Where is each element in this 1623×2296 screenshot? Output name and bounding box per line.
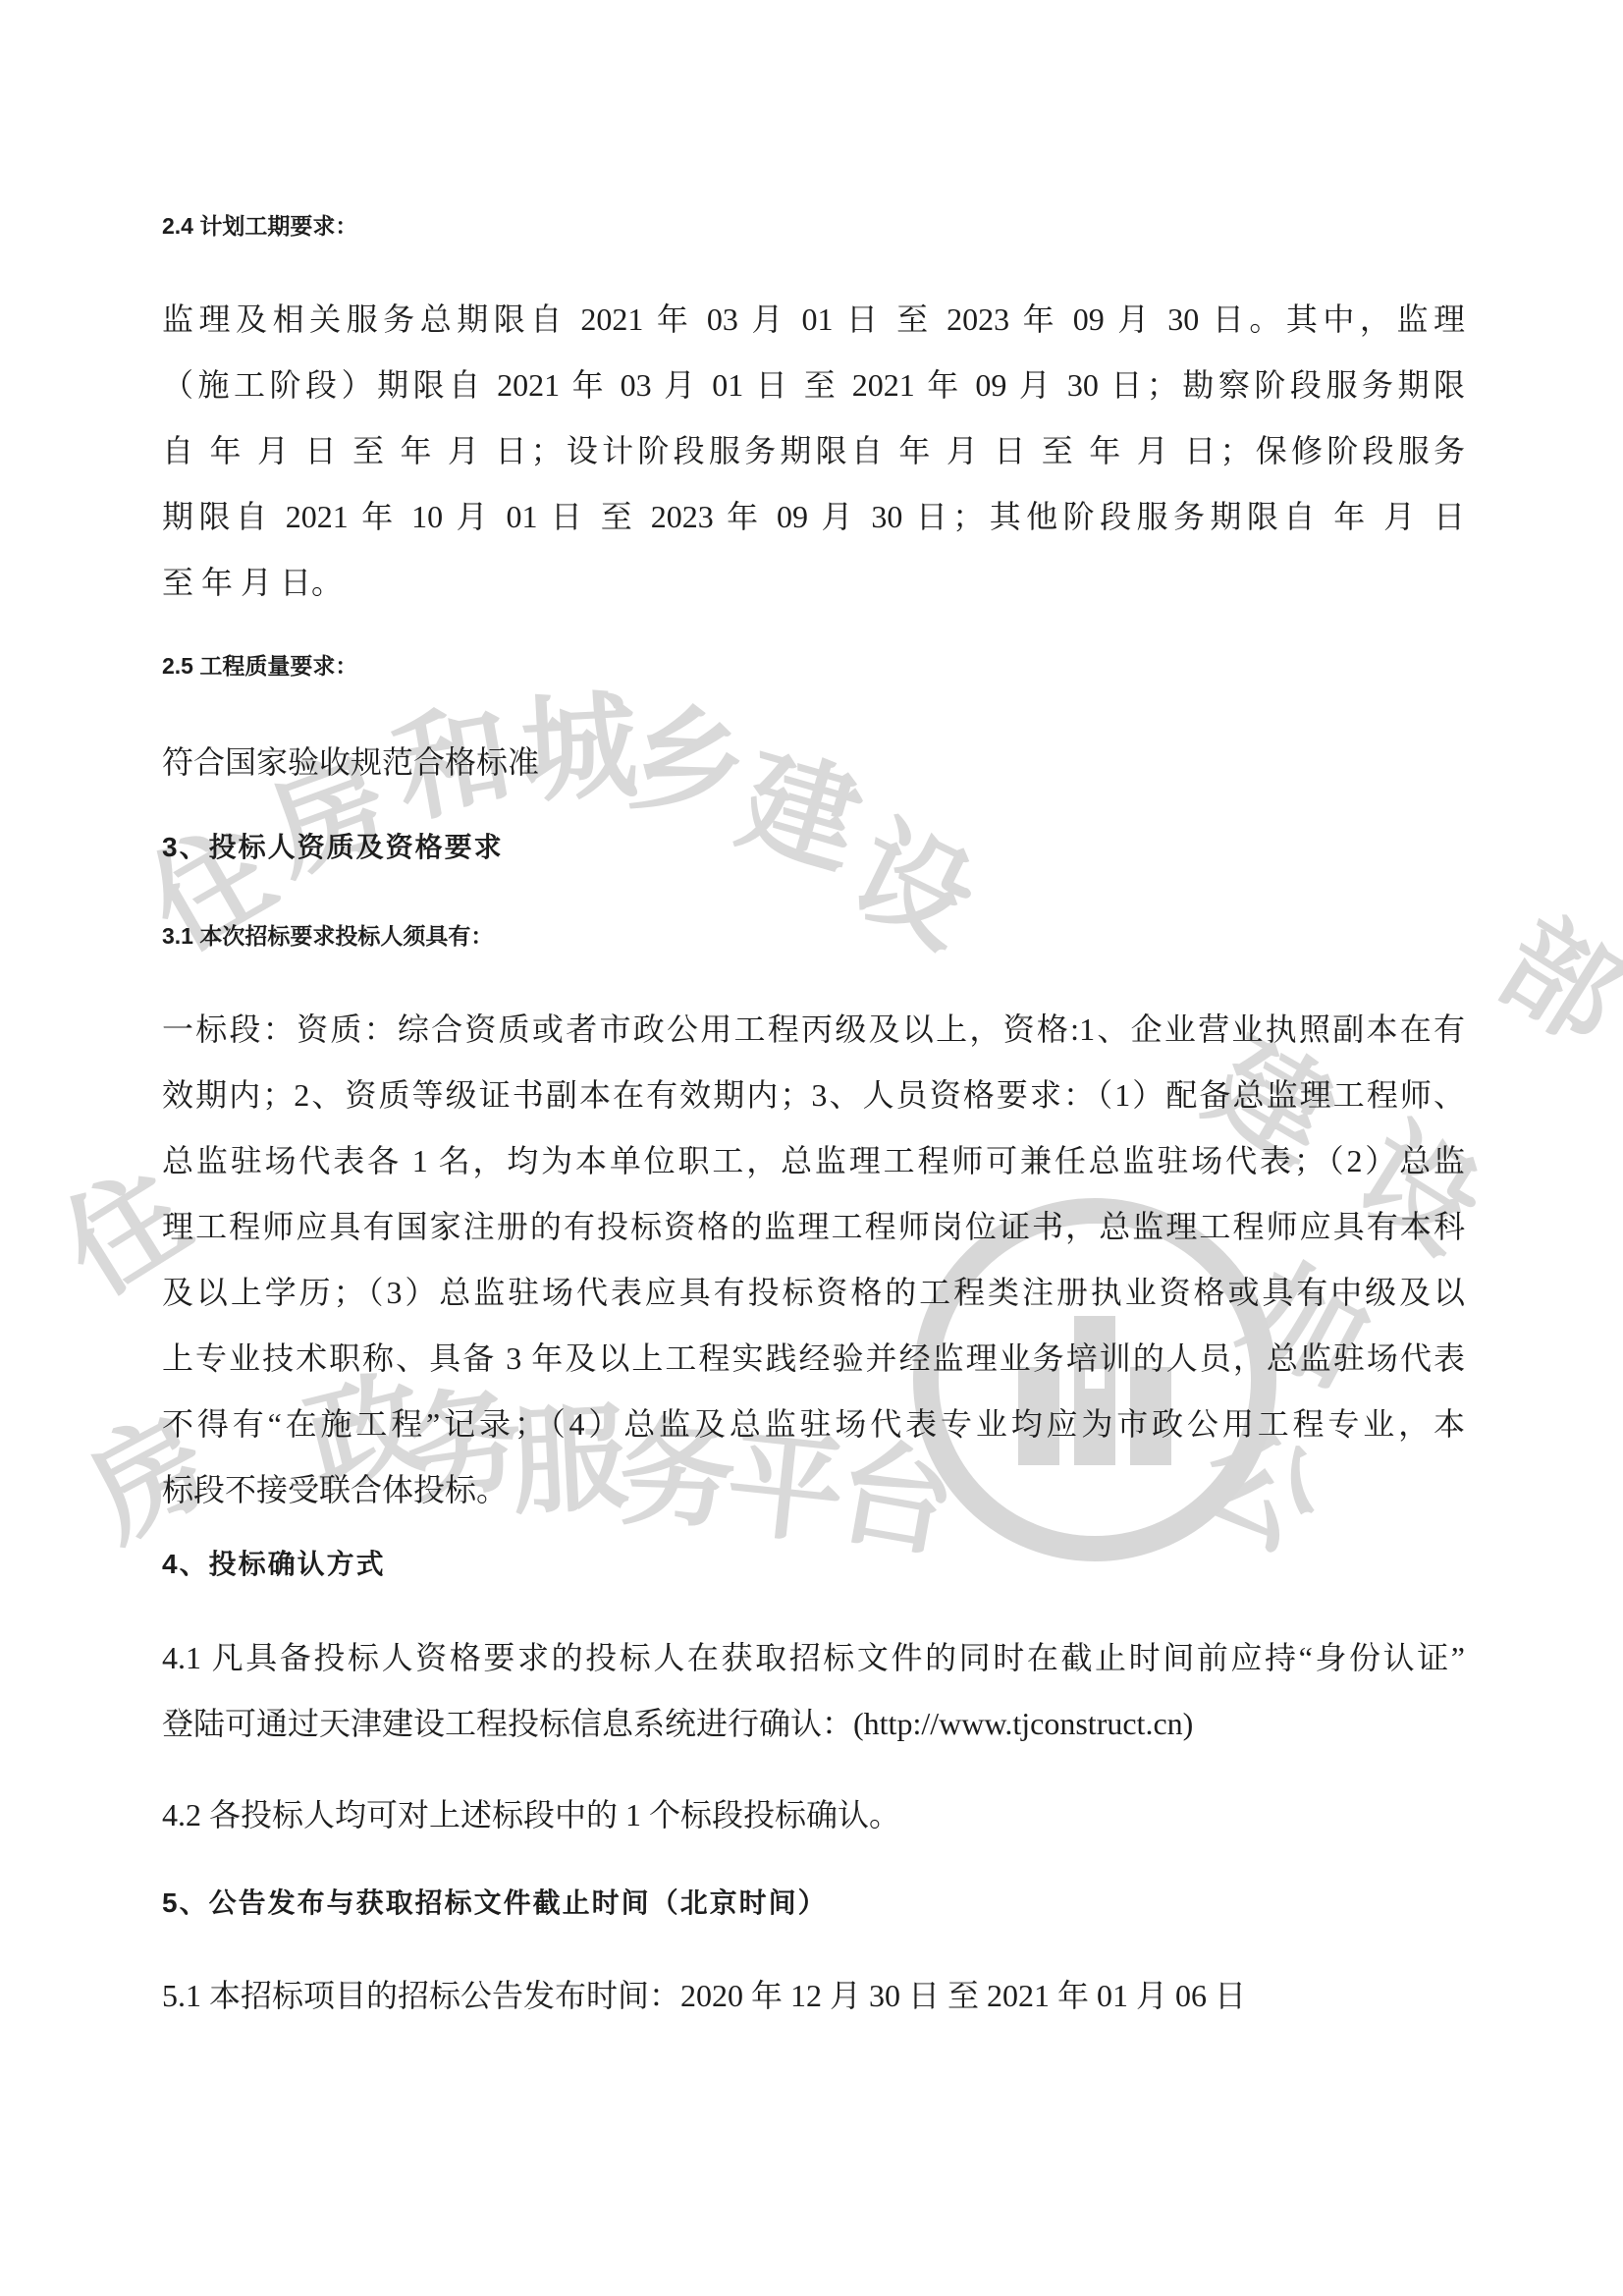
paragraph-line: 标段不接受联合体投标。 [162, 1470, 1465, 1509]
heading-4: 4、投标确认方式 [162, 1547, 1465, 1582]
paragraph-line: 4.2 各投标人均可对上述标段中的 1 个标段投标确认。 [162, 1795, 1465, 1834]
paragraph-line: 不得有“在施工程”记录；（4）总监及总监驻场代表专业均应为市政公用工程专业，本 [162, 1404, 1465, 1444]
paragraph-line: 期限自 2021 年 10 月 01 日 至 2023 年 09 月 30 日；… [162, 497, 1465, 536]
heading-2-4: 2.4 计划工期要求： [162, 211, 1465, 241]
paragraph-line: 至 年 月 日。 [162, 563, 1465, 602]
heading-2-5: 2.5 工程质量要求： [162, 651, 1465, 681]
paragraph-line: 及以上学历；（3）总监驻场代表应具有投标资格的工程类注册执业资格或具有中级及以 [162, 1273, 1465, 1312]
heading-3-1: 3.1 本次招标要求投标人须具有： [162, 921, 1465, 951]
paragraph-line: 5.1 本招标项目的招标公告发布时间：2020 年 12 月 30 日 至 20… [162, 1976, 1465, 2015]
document-page: 住房和城乡建设政务服务平台建设加公部住房 2.4 计划工期要求： 监理及相关服务… [0, 0, 1623, 2296]
paragraph-line-with-url: 登陆可通过天津建设工程投标信息系统进行确认：(http://www.tjcons… [162, 1704, 1465, 1743]
heading-5: 5、公告发布与获取招标文件截止时间（北京时间） [162, 1886, 1465, 1921]
paragraph-line: 上专业技术职称、具备 3 年及以上工程实践经验并经监理业务培训的人员，总监驻场代… [162, 1339, 1465, 1378]
paragraph-line: 符合国家验收规范合格标准 [162, 742, 1465, 782]
paragraph-line: 4.1 凡具备投标人资格要求的投标人在获取招标文件的同时在截止时间前应持“身份认… [162, 1638, 1465, 1677]
paragraph-line: （施工阶段）期限自 2021 年 03 月 01 日 至 2021 年 09 月… [162, 365, 1465, 405]
heading-3: 3、投标人资质及资格要求 [162, 830, 1465, 865]
paragraph-line: 自 年 月 日 至 年 月 日；设计阶段服务期限自 年 月 日 至 年 月 日；… [162, 431, 1465, 470]
paragraph-line: 效期内；2、资质等级证书副本在有效期内；3、人员资格要求：（1）配备总监理工程师… [162, 1075, 1465, 1115]
paragraph-line: 总监驻场代表各 1 名，均为本单位职工，总监理工程师可兼任总监驻场代表；（2）总… [162, 1141, 1465, 1180]
paragraph-line: 理工程师应具有国家注册的有投标资格的监理工程师岗位证书，总监理工程师应具有本科 [162, 1207, 1465, 1246]
paragraph-line: 一标段：资质：综合资质或者市政公用工程丙级及以上，资格:1、企业营业执照副本在有 [162, 1010, 1465, 1049]
paragraph-line: 监理及相关服务总期限自 2021 年 03 月 01 日 至 2023 年 09… [162, 300, 1465, 339]
watermark-char-fragment: 部 [1482, 902, 1623, 1063]
